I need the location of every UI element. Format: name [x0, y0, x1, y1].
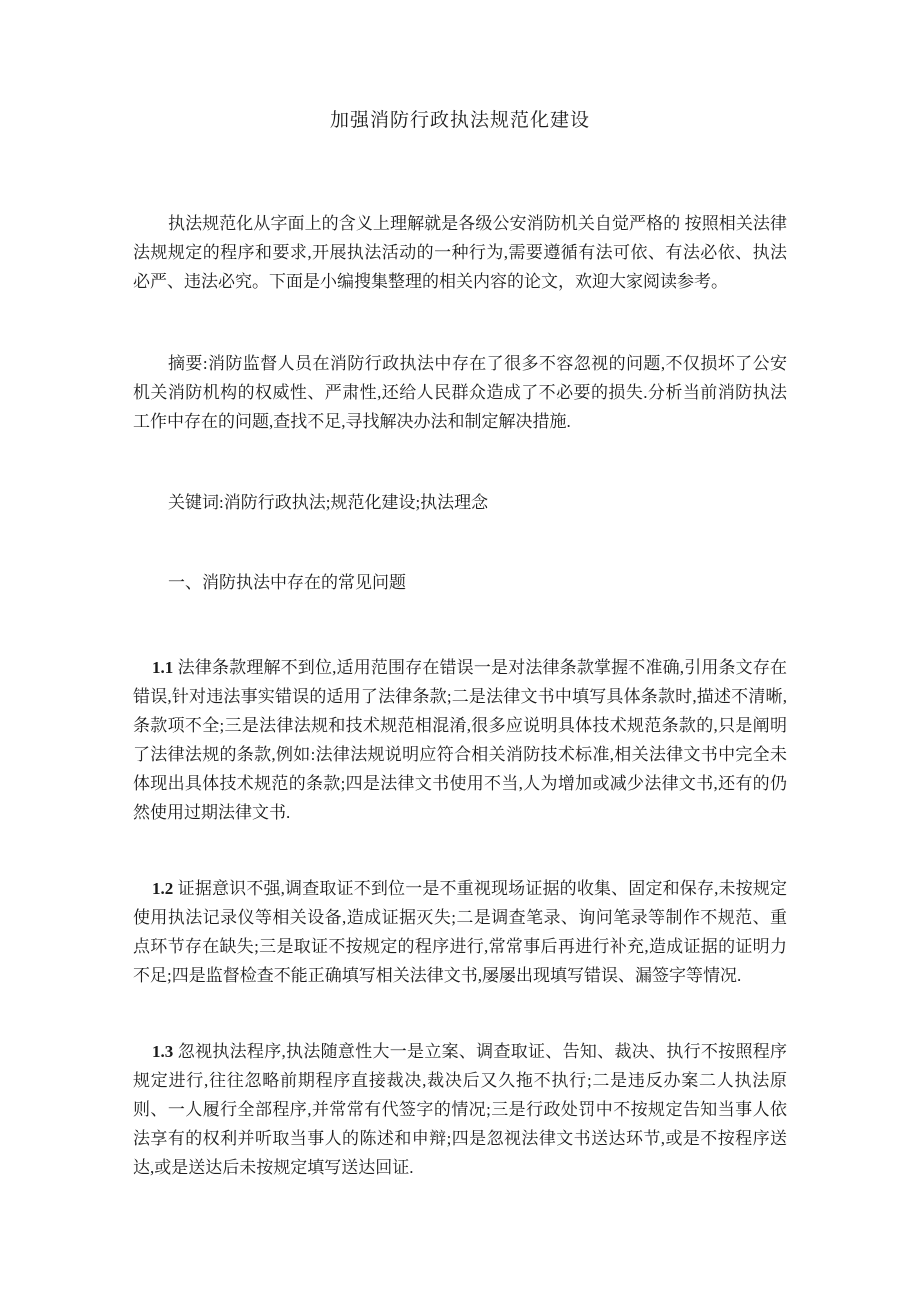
item-1-1-text: 法律条款理解不到位,适用范围存在错误一是对法律条款掌握不准确,引用条文存在错误,…	[133, 658, 787, 822]
item-1-2-number: 1.2	[152, 879, 173, 898]
item-1-1-number: 1.1	[152, 658, 173, 677]
document-title: 加强消防行政执法规范化建设	[133, 106, 787, 135]
problem-item-1-1: 1.1 法律条款理解不到位,适用范围存在错误一是对法律条款掌握不准确,引用条文存…	[133, 653, 787, 827]
item-1-3-number: 1.3	[152, 1042, 173, 1061]
item-1-2-text: 证据意识不强,调查取证不到位一是不重视现场证据的收集、固定和保存,未按规定使用执…	[133, 879, 787, 985]
section-1-heading: 一、消防执法中存在的常见问题	[133, 568, 787, 597]
problem-item-1-3: 1.3 忽视执法程序,执法随意性大一是立案、调查取证、告知、裁决、执行不按照程序…	[133, 1037, 787, 1182]
document-page: 加强消防行政执法规范化建设 执法规范化从字面上的含义上理解就是各级公安消防机关自…	[0, 0, 920, 1302]
problem-item-1-2: 1.2 证据意识不强,调查取证不到位一是不重视现场证据的收集、固定和保存,未按规…	[133, 874, 787, 990]
keywords-paragraph: 关键词:消防行政执法;规范化建设;执法理念	[133, 488, 787, 517]
item-1-3-text: 忽视执法程序,执法随意性大一是立案、调查取证、告知、裁决、执行不按照程序规定进行…	[133, 1042, 787, 1177]
intro-paragraph: 执法规范化从字面上的含义上理解就是各级公安消防机关自觉严格的 按照相关法律法规规…	[133, 209, 787, 296]
abstract-paragraph: 摘要:消防监督人员在消防行政执法中存在了很多不容忽视的问题,不仅损坏了公安机关消…	[133, 349, 787, 436]
